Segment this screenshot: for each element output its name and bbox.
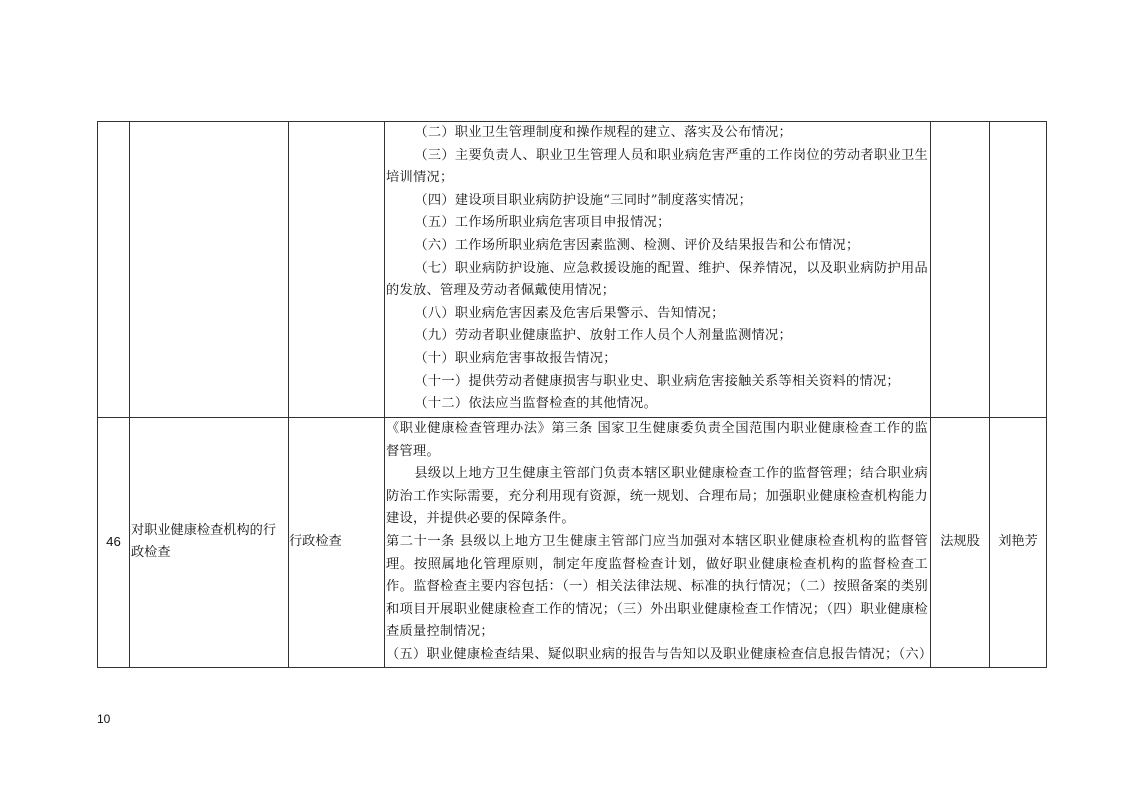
item-name-cell bbox=[130, 122, 289, 418]
table-row-46: 46 对职业健康检查机构的行政检查 行政检查 《职业健康检查管理办法》第三条 国… bbox=[98, 418, 1047, 668]
basis-line: （十二）依法应当监督检查的其他情况。 bbox=[386, 393, 928, 416]
legal-basis-cell: 《职业健康检查管理办法》第三条 国家卫生健康委负责全国范围内职业健康检查工作的监… bbox=[385, 418, 931, 668]
basis-line: 第二十一条 县级以上地方卫生健康主管部门应当加强对本辖区职业健康检查机构的监督管… bbox=[386, 531, 928, 644]
basis-line: （八）职业病危害因素及危害后果警示、告知情况； bbox=[386, 303, 928, 326]
basis-line: （七）职业病防护设施、应急救援设施的配置、维护、保养情况，以及职业病防护用品的发… bbox=[386, 258, 928, 303]
basis-line: （二）职业卫生管理制度和操作规程的建立、落实及公布情况； bbox=[386, 122, 928, 145]
basis-line: （十一）提供劳动者健康损害与职业史、职业病危害接触关系等相关资料的情况； bbox=[386, 371, 928, 394]
department-cell: 法规股 bbox=[931, 418, 990, 668]
basis-line: （四）建设项目职业病防护设施“三同时”制度落实情况； bbox=[386, 190, 928, 213]
item-name-cell: 对职业健康检查机构的行政检查 bbox=[130, 418, 289, 668]
responsible-person-cell: 刘艳芳 bbox=[990, 418, 1047, 668]
department-cell bbox=[931, 122, 990, 418]
responsible-person-cell bbox=[990, 122, 1047, 418]
item-number-cell: 46 bbox=[98, 418, 130, 668]
item-number-cell bbox=[98, 122, 130, 418]
legal-basis-cell: （二）职业卫生管理制度和操作规程的建立、落实及公布情况； （三）主要负责人、职业… bbox=[385, 122, 931, 418]
basis-line: （三）主要负责人、职业卫生管理人员和职业病危害严重的工作岗位的劳动者职业卫生培训… bbox=[386, 145, 928, 190]
basis-line: （六）工作场所职业病危害因素监测、检测、评价及结果报告和公布情况； bbox=[386, 235, 928, 258]
check-type-cell: 行政检查 bbox=[289, 418, 385, 668]
table-row-continuation: （二）职业卫生管理制度和操作规程的建立、落实及公布情况； （三）主要负责人、职业… bbox=[98, 122, 1047, 418]
basis-line: （九）劳动者职业健康监护、放射工作人员个人剂量监测情况； bbox=[386, 325, 928, 348]
inspection-items-table: （二）职业卫生管理制度和操作规程的建立、落实及公布情况； （三）主要负责人、职业… bbox=[97, 121, 1047, 668]
check-type-cell bbox=[289, 122, 385, 418]
basis-line: （五）职业健康检查结果、疑似职业病的报告与告知以及职业健康检查信息报告情况；（六… bbox=[386, 644, 928, 667]
basis-line: （十）职业病危害事故报告情况； bbox=[386, 348, 928, 371]
page-number: 10 bbox=[97, 712, 110, 726]
basis-line: 县级以上地方卫生健康主管部门负责本辖区职业健康检查工作的监督管理；结合职业病防治… bbox=[386, 463, 928, 531]
basis-line: （五）工作场所职业病危害项目申报情况； bbox=[386, 212, 928, 235]
basis-line: 《职业健康检查管理办法》第三条 国家卫生健康委负责全国范围内职业健康检查工作的监… bbox=[386, 418, 928, 463]
